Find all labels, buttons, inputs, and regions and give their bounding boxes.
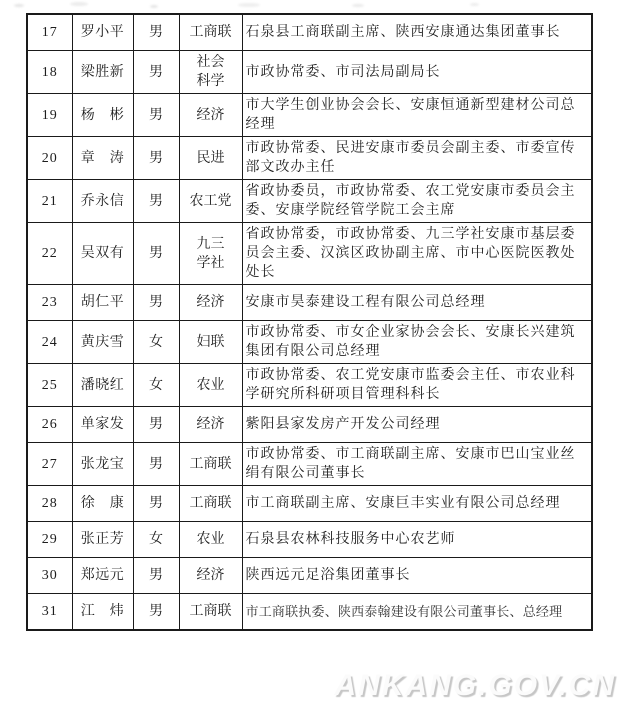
person-category: 经济 [179, 558, 242, 594]
person-name: 郑远元 [72, 558, 133, 594]
table-row: 21 乔永信 男 农工党 省政协委员，市政协常委、农工党安康市委员会主委、安康学… [27, 180, 592, 223]
table-row: 26 单家发 男 经济 紫阳县家发房产开发公司经理 [27, 407, 592, 443]
person-gender: 男 [133, 285, 179, 321]
table-row: 22 吴双有 男 九三 学社 省政协常委，市政协常委、九三学社安康市基层委员会主… [27, 223, 592, 285]
person-name: 胡仁平 [72, 285, 133, 321]
row-number: 25 [27, 364, 72, 407]
person-gender: 女 [133, 364, 179, 407]
row-number: 18 [27, 51, 72, 94]
person-position: 市政协常委、农工党安康市监委会主任、市农业科学研究所科研项目管理科科长 [242, 364, 592, 407]
person-position: 市工商联执委、陕西泰翰建设有限公司董事长、总经理 [242, 594, 592, 631]
person-position: 陕西远元足浴集团董事长 [242, 558, 592, 594]
person-name: 章 涛 [72, 137, 133, 180]
person-gender: 男 [133, 558, 179, 594]
person-position: 安康市昊泰建设工程有限公司总经理 [242, 285, 592, 321]
row-number: 27 [27, 443, 72, 486]
row-number: 20 [27, 137, 72, 180]
row-number: 30 [27, 558, 72, 594]
person-gender: 女 [133, 522, 179, 558]
person-name: 梁胜新 [72, 51, 133, 94]
person-category: 农业 [179, 522, 242, 558]
row-number: 29 [27, 522, 72, 558]
table-row: 19 杨 彬 男 经济 市大学生创业协会会长、安康恒通新型建材公司总经理 [27, 94, 592, 137]
row-number: 21 [27, 180, 72, 223]
person-position: 市工商联副主席、安康巨丰实业有限公司总经理 [242, 486, 592, 522]
person-gender: 男 [133, 14, 179, 51]
site-watermark: ANKANG.GOV.CN [334, 669, 616, 703]
person-name: 张龙宝 [72, 443, 133, 486]
table-row: 23 胡仁平 男 经济 安康市昊泰建设工程有限公司总经理 [27, 285, 592, 321]
row-number: 23 [27, 285, 72, 321]
row-number: 17 [27, 14, 72, 51]
person-position: 市政协常委、市司法局副局长 [242, 51, 592, 94]
row-number: 24 [27, 321, 72, 364]
person-category: 工商联 [179, 14, 242, 51]
row-number: 26 [27, 407, 72, 443]
person-category: 工商联 [179, 594, 242, 631]
person-category: 经济 [179, 407, 242, 443]
person-position: 市政协常委、市女企业家协会会长、安康长兴建筑集团有限公司总经理 [242, 321, 592, 364]
table-row: 27 张龙宝 男 工商联 市政协常委、市工商联副主席、安康市巴山宝业丝绢有限公司… [27, 443, 592, 486]
person-position: 石泉县农林科技服务中心农艺师 [242, 522, 592, 558]
person-category: 工商联 [179, 486, 242, 522]
person-name: 徐 康 [72, 486, 133, 522]
roster-table-body: 17 罗小平 男 工商联 石泉县工商联副主席、陕西安康通达集团董事长 18 梁胜… [27, 14, 592, 630]
person-gender: 男 [133, 137, 179, 180]
table-row: 28 徐 康 男 工商联 市工商联副主席、安康巨丰实业有限公司总经理 [27, 486, 592, 522]
table-row: 24 黄庆雪 女 妇联 市政协常委、市女企业家协会会长、安康长兴建筑集团有限公司… [27, 321, 592, 364]
person-category: 农工党 [179, 180, 242, 223]
table-row: 18 梁胜新 男 社会 科学 市政协常委、市司法局副局长 [27, 51, 592, 94]
person-name: 杨 彬 [72, 94, 133, 137]
row-number: 28 [27, 486, 72, 522]
table-row: 20 章 涛 男 民进 市政协常委、民进安康市委员会副主委、市委宣传部文改办主任 [27, 137, 592, 180]
person-name: 张正芳 [72, 522, 133, 558]
person-category: 经济 [179, 94, 242, 137]
person-category: 民进 [179, 137, 242, 180]
person-position: 市政协常委、市工商联副主席、安康市巴山宝业丝绢有限公司董事长 [242, 443, 592, 486]
roster-table: 17 罗小平 男 工商联 石泉县工商联副主席、陕西安康通达集团董事长 18 梁胜… [26, 13, 593, 631]
person-name: 江 炜 [72, 594, 133, 631]
person-position: 紫阳县家发房产开发公司经理 [242, 407, 592, 443]
person-position: 市大学生创业协会会长、安康恒通新型建材公司总经理 [242, 94, 592, 137]
person-position: 市政协常委、民进安康市委员会副主委、市委宣传部文改办主任 [242, 137, 592, 180]
row-number: 19 [27, 94, 72, 137]
table-row: 17 罗小平 男 工商联 石泉县工商联副主席、陕西安康通达集团董事长 [27, 14, 592, 51]
table-row: 29 张正芳 女 农业 石泉县农林科技服务中心农艺师 [27, 522, 592, 558]
person-name: 吴双有 [72, 223, 133, 285]
person-category: 经济 [179, 285, 242, 321]
person-category: 农业 [179, 364, 242, 407]
person-position: 省政协常委，市政协常委、九三学社安康市基层委员会主委、汉滨区政协副主席、市中心医… [242, 223, 592, 285]
table-row: 25 潘晓红 女 农业 市政协常委、农工党安康市监委会主任、市农业科学研究所科研… [27, 364, 592, 407]
table-row: 31 江 炜 男 工商联 市工商联执委、陕西泰翰建设有限公司董事长、总经理 [27, 594, 592, 631]
person-gender: 女 [133, 321, 179, 364]
person-name: 单家发 [72, 407, 133, 443]
table-row: 30 郑远元 男 经济 陕西远元足浴集团董事长 [27, 558, 592, 594]
person-name: 潘晓红 [72, 364, 133, 407]
person-name: 罗小平 [72, 14, 133, 51]
person-gender: 男 [133, 443, 179, 486]
person-gender: 男 [133, 407, 179, 443]
person-position: 石泉县工商联副主席、陕西安康通达集团董事长 [242, 14, 592, 51]
person-gender: 男 [133, 180, 179, 223]
row-number: 22 [27, 223, 72, 285]
person-gender: 男 [133, 223, 179, 285]
row-number: 31 [27, 594, 72, 631]
person-gender: 男 [133, 51, 179, 94]
person-position: 省政协委员，市政协常委、农工党安康市委员会主委、安康学院经管学院工会主席 [242, 180, 592, 223]
person-gender: 男 [133, 94, 179, 137]
person-name: 黄庆雪 [72, 321, 133, 364]
person-name: 乔永信 [72, 180, 133, 223]
person-gender: 男 [133, 594, 179, 631]
person-category: 妇联 [179, 321, 242, 364]
person-category: 九三 学社 [179, 223, 242, 285]
scan-noise-artifacts [0, 1, 622, 13]
person-gender: 男 [133, 486, 179, 522]
person-category: 工商联 [179, 443, 242, 486]
person-category: 社会 科学 [179, 51, 242, 94]
